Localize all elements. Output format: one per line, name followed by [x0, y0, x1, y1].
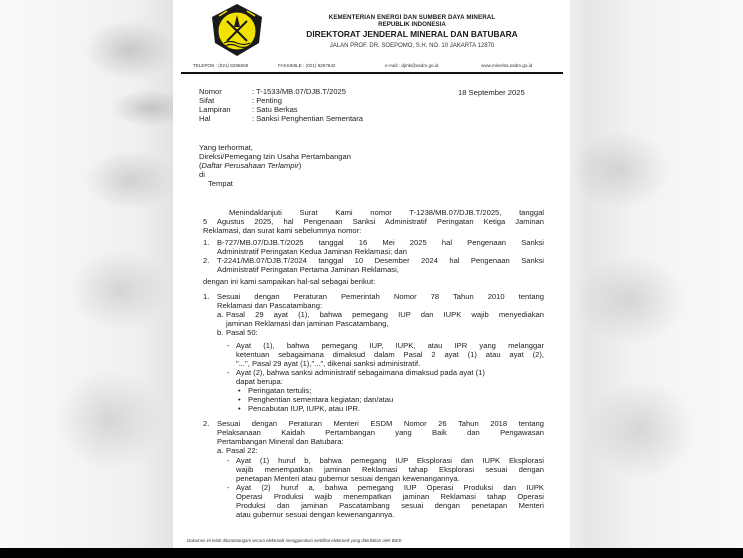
point-1b-title: Pasal 50:	[226, 328, 258, 337]
bullet: •	[238, 395, 241, 404]
point-1a-line-1: Pasal 29 ayat (1), bahwa pemegang IUP da…	[226, 310, 544, 319]
pasal22-ayat2-line-4: atau gubernur sesuai dengan kewenanganny…	[236, 510, 544, 519]
point-2-line-1: Sesuai dengan Peraturan Menteri ESDM Nom…	[217, 419, 544, 428]
bullet: •	[238, 386, 241, 395]
dash: -	[227, 341, 230, 350]
ministry-name: KEMENTERIAN ENERGI DAN SUMBER DAYA MINER…	[269, 14, 555, 21]
point-1-number: 1.	[203, 292, 209, 301]
esdm-emblem-icon	[209, 3, 265, 57]
prev-letter-1-number: 1.	[203, 238, 209, 247]
point-2-line-3: Pertambangan Mineral dan Batubara:	[217, 437, 544, 446]
point-2a-label: a.	[217, 446, 223, 455]
prev-letter-2-line-2: Administratif Peringatan Pertama Jaminan…	[217, 265, 544, 274]
letterhead: KEMENTERIAN ENERGI DAN SUMBER DAYA MINER…	[269, 14, 555, 51]
intro-line-2: 5 Agustus 2025, hal Pengenaan Sanksi Adm…	[203, 217, 544, 226]
pasal22-ayat1-line-2: wajib menempatkan jaminan Reklamasi taha…	[236, 465, 544, 474]
pasal50-ayat1-line-2: ketentuan sebagaimana dimaksud dalam Pas…	[236, 350, 544, 359]
dash: -	[227, 456, 230, 465]
intro-line-3: Reklamasi, dan surat kami sebelumnya nom…	[203, 226, 544, 235]
letter-date: 18 September 2025	[458, 88, 525, 97]
point-2-number: 2.	[203, 419, 209, 428]
dash: -	[227, 368, 230, 377]
pasal22-ayat2-line-2: Operasi Produksi wajib menempatkan jamin…	[236, 492, 544, 501]
greeting: Yang terhormat,	[199, 143, 253, 152]
pasal22-ayat2-line-1: Ayat (2) huruf a, bahwa pemegang IUP Ope…	[236, 483, 544, 492]
point-1-line-1: Sesuai dengan Peraturan Pemerintah Nomor…	[217, 292, 544, 301]
sanction-2: Penghentian sementara kegiatan; dan/atau	[248, 395, 393, 404]
point-2a-title: Pasal 22:	[226, 446, 258, 455]
email-address: e-mail : djmb@esdm.go.id	[385, 63, 438, 68]
website-link[interactable]: www.minerba.esdm.go.id	[481, 63, 532, 68]
electronic-signature-note: Dokumen ini telah ditandatangani secara …	[187, 538, 402, 543]
letter-page: KEMENTERIAN ENERGI DAN SUMBER DAYA MINER…	[173, 0, 570, 548]
addressee-di: di	[199, 170, 205, 179]
pasal22-ayat1-line-1: Ayat (1) huruf b, bahwa pemegang IUP Eks…	[236, 456, 544, 465]
phone-number: TELEPON : (021) 8295608	[193, 63, 248, 68]
country-name: REPUBLIK INDONESIA	[269, 21, 555, 28]
point-2-line-2: Pelaksanaan Kaidah Pertambangan yang Bai…	[217, 428, 544, 437]
prev-letter-1-line-1: B-727/MB.07/DJB.T/2025 tanggal 16 Mei 20…	[217, 238, 544, 247]
pasal22-ayat2-line-3: Produksi dan jaminan Pascatambang sesuai…	[236, 501, 544, 510]
recipient: Direksi/Pemegang Izin Usaha Pertambangan	[199, 152, 351, 161]
pasal50-ayat1-line-1: Ayat (1), bahwa pemegang IUP, IUPK, atau…	[236, 341, 544, 350]
point-1-line-2: Reklamasi dan Pascatambang:	[217, 301, 544, 310]
prev-letter-2-line-1: T-2241/MB.07/DJB.T/2024 tanggal 10 Desem…	[217, 256, 544, 265]
point-1a-label: a.	[217, 310, 223, 319]
recipient-note: (Daftar Perusahaan Terlampir)	[199, 161, 301, 170]
letterhead-divider	[181, 72, 563, 74]
office-address: JALAN PROF. DR. SOEPOMO, S.H. NO. 10 JAK…	[269, 41, 555, 51]
pasal50-ayat2-line-1: Ayat (2), bahwa sanksi administratif seb…	[236, 368, 544, 377]
directorate-name: DIREKTORAT JENDERAL MINERAL DAN BATUBARA	[269, 29, 555, 40]
sanction-3: Pencabutan IUP, IUPK, atau IPR.	[248, 404, 360, 413]
bullet: •	[238, 404, 241, 413]
point-1b-label: b.	[217, 328, 223, 337]
transition-sentence: dengan ini kami sampaikan hal-sal sebaga…	[203, 277, 375, 286]
intro-line-1: Menindaklanjuti Surat Kami nomor T-1238/…	[229, 208, 544, 217]
prev-letter-2-number: 2.	[203, 256, 209, 265]
prev-letter-1-line-2: Administratif Peringatan Kedua Jaminan R…	[217, 247, 544, 256]
bottom-black-bar	[0, 548, 743, 558]
point-1a-line-2: jaminan Reklamasi dan jaminan Pascatamba…	[226, 319, 544, 328]
pasal50-ayat2-line-2: dapat berupa:	[236, 377, 544, 386]
addressee-place: Tempat	[208, 179, 233, 188]
pasal22-ayat1-line-3: penetapan Menteri atau gubernur sesuai d…	[236, 474, 544, 483]
pasal50-ayat1-line-3: "...", Pasal 29 ayat (1),"...", dikenai …	[236, 359, 544, 368]
fax-number: FAKSIMILE : (021) 8297642	[278, 63, 335, 68]
dash: -	[227, 483, 230, 492]
sanction-1: Peringatan tertulis;	[248, 386, 311, 395]
contact-line: TELEPON : (021) 8295608 FAKSIMILE : (021…	[193, 63, 563, 71]
